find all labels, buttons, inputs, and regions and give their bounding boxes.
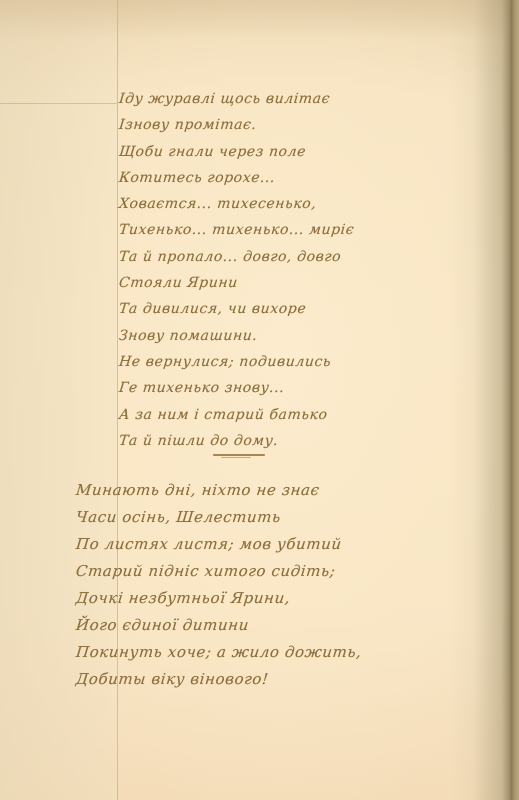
- poem-line: Ізнову промітає.: [118, 112, 356, 138]
- top-edge-shading: [0, 0, 519, 40]
- poem-line: Покинуть хоче; а жило дожить,: [75, 639, 363, 666]
- poem-line: По листях листя; мов убитий: [75, 531, 363, 558]
- poem-line: Знову помашини.: [118, 323, 356, 349]
- stanza-divider: [213, 454, 265, 456]
- poem-line: Дочкі незбутньої Ярини,: [75, 585, 363, 612]
- poem-line: Тихенько... тихенько... миріє: [118, 217, 356, 243]
- stanza-1: Іду журавлі щось вилітає Ізнову промітає…: [119, 86, 354, 454]
- stanza-2: Минають дні, ніхто не знає Часи осінь, Ш…: [76, 477, 362, 693]
- manuscript-page: Іду журавлі щось вилітає Ізнову промітає…: [0, 0, 519, 800]
- poem-line: Та й пішли до дому.: [118, 428, 356, 454]
- poem-line: Його єдиної дитини: [75, 612, 363, 639]
- poem-line: Ховаєтся... тихесенько,: [118, 191, 356, 217]
- poem-line: Та дивилися, чи вихоре: [118, 296, 356, 322]
- poem-line: Стояли Ярини: [118, 270, 356, 296]
- poem-line: Часи осінь, Шелестить: [75, 504, 363, 531]
- poem-line: Минають дні, ніхто не знає: [75, 477, 363, 504]
- poem-line: Іду журавлі щось вилітає: [118, 86, 356, 112]
- poem-line: Котитесь горохе...: [118, 165, 356, 191]
- poem-line: Не вернулися; подивились: [118, 349, 356, 375]
- margin-rule-horizontal: [0, 103, 117, 104]
- poem-line: Старий підніс хитого сидіть;: [75, 558, 363, 585]
- poem-line: Та й пропало... довго, довго: [118, 244, 356, 270]
- poem-line: Добиты віку вінового!: [75, 666, 363, 693]
- poem-line: Щоби гнали через поле: [118, 139, 356, 165]
- poem-line: А за ним і старий батько: [118, 402, 356, 428]
- poem-line: Ге тихенько знову...: [118, 375, 356, 401]
- book-spine-shadow: [449, 0, 519, 800]
